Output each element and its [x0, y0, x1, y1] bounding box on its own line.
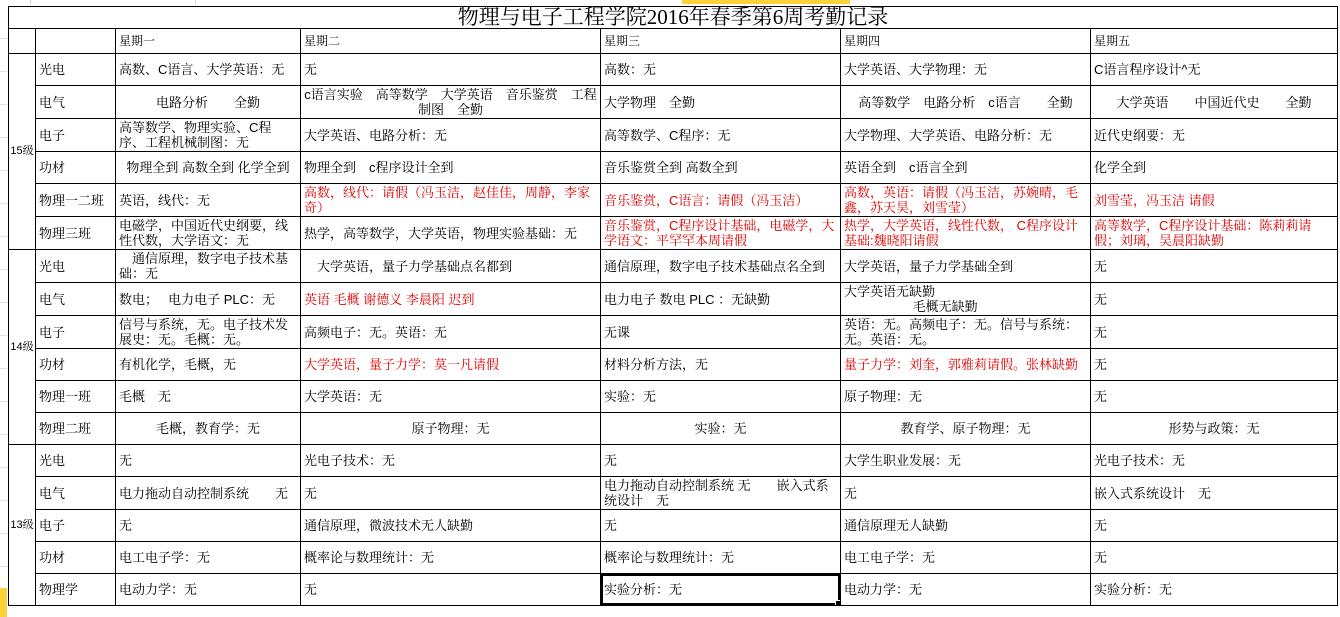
- attendance-cell[interactable]: 高数、C语言、大学英语：无: [116, 54, 301, 86]
- attendance-cell[interactable]: C语言程序设计^无: [1091, 54, 1338, 86]
- class-label[interactable]: 物理一二班: [36, 184, 116, 217]
- class-label[interactable]: 功材: [36, 349, 116, 381]
- attendance-cell[interactable]: 无: [1091, 316, 1338, 349]
- attendance-cell[interactable]: 无: [1091, 283, 1338, 316]
- attendance-cell[interactable]: 音乐鉴赏，C程序设计基础，电磁学，大学语文：平罕罕本周请假: [601, 217, 841, 250]
- attendance-cell[interactable]: 大学生职业发展：无: [841, 445, 1091, 477]
- day-header-4[interactable]: 星期四: [841, 29, 1091, 54]
- attendance-cell[interactable]: 通信原理，数字电子技术基础点名全到: [601, 250, 841, 283]
- attendance-cell[interactable]: 无: [301, 477, 601, 510]
- class-label[interactable]: 光电: [36, 250, 116, 283]
- attendance-cell[interactable]: 无: [1091, 542, 1338, 574]
- grade-label[interactable]: 13级: [9, 445, 36, 606]
- attendance-cell[interactable]: 概率论与数理统计：无: [301, 542, 601, 574]
- attendance-cell[interactable]: 电磁学，中国近代史纲要，线性代数，大学语文：无: [116, 217, 301, 250]
- corner-cell[interactable]: [9, 29, 36, 54]
- gridline: [30, 0, 31, 5]
- table-row: 电气数电； 电力电子 PLC：无英语 毛概 谢德义 李晨阳 迟到电力电子 数电 …: [9, 283, 1338, 316]
- attendance-cell[interactable]: 毛概，教育学：无: [116, 413, 301, 445]
- class-label[interactable]: 物理一班: [36, 381, 116, 413]
- attendance-cell[interactable]: 有机化学，毛概，无: [116, 349, 301, 381]
- attendance-cell[interactable]: 通信原理，数字电子技术基础：无: [116, 250, 301, 283]
- attendance-cell[interactable]: 英语，线代：无: [116, 184, 301, 217]
- attendance-cell[interactable]: 数电； 电力电子 PLC：无: [116, 283, 301, 316]
- attendance-cell[interactable]: 大学英语，量子力学：莫一凡请假: [301, 349, 601, 381]
- class-label[interactable]: 光电: [36, 54, 116, 86]
- attendance-cell[interactable]: 高频电子：无。英语：无: [301, 316, 601, 349]
- attendance-cell[interactable]: 大学英语，量子力学基础点名都到: [301, 250, 601, 283]
- attendance-cell[interactable]: 英语全到 c语言全到: [841, 152, 1091, 184]
- class-label[interactable]: 功材: [36, 152, 116, 184]
- attendance-cell[interactable]: 光电子技术：无: [301, 445, 601, 477]
- corner-cell[interactable]: [36, 29, 116, 54]
- attendance-cell[interactable]: 无: [601, 445, 841, 477]
- day-header-5[interactable]: 星期五: [1091, 29, 1338, 54]
- class-label[interactable]: 物理三班: [36, 217, 116, 250]
- spreadsheet-view: 物理与电子工程学院2016年春季第6周考勤记录 星期一星期二星期三星期四星期五 …: [0, 0, 1340, 617]
- table-row: 电子信号与系统，无。电子技术发展史：无。毛概：无。高频电子：无。英语：无无课英语…: [9, 316, 1338, 349]
- yellow-fill-strip-bottom: [0, 588, 7, 617]
- class-label[interactable]: 物理二班: [36, 413, 116, 445]
- attendance-cell[interactable]: 高等数学，C程序设计基础：陈莉莉请假；刘璃，吴晨阳缺勤: [1091, 217, 1338, 250]
- attendance-cell[interactable]: 高等数学 电路分析 c语言 全勤: [841, 86, 1091, 119]
- title-row: 物理与电子工程学院2016年春季第6周考勤记录: [9, 7, 1338, 29]
- attendance-cell[interactable]: 原子物理：无: [841, 381, 1091, 413]
- attendance-cell[interactable]: 高等数学、物理实验、C程序、工程机械制图：无: [116, 119, 301, 152]
- table-row: 物理学电动力学：无无实验分析：无电动力学：无实验分析：无: [9, 574, 1338, 606]
- attendance-cell[interactable]: 形势与政策：无: [1091, 413, 1338, 445]
- attendance-cell[interactable]: 无: [1091, 510, 1338, 542]
- attendance-cell[interactable]: 高数，英语：请假（冯玉洁，苏婉晴，毛鑫，苏天昊，刘雪莹）: [841, 184, 1091, 217]
- class-label[interactable]: 电气: [36, 477, 116, 510]
- attendance-cell[interactable]: 嵌入式系统设计 无: [1091, 477, 1338, 510]
- yellow-fill-strip-top: [682, 0, 850, 4]
- class-label[interactable]: 电子: [36, 510, 116, 542]
- attendance-cell[interactable]: 音乐鉴赏全到 高数全到: [601, 152, 841, 184]
- attendance-cell[interactable]: 英语 毛概 谢德义 李晨阳 迟到: [301, 283, 601, 316]
- attendance-cell[interactable]: 通信原理，微波技术无人缺勤: [301, 510, 601, 542]
- attendance-cell[interactable]: 近代史纲要：无: [1091, 119, 1338, 152]
- class-label[interactable]: 电气: [36, 86, 116, 119]
- class-label[interactable]: 功材: [36, 542, 116, 574]
- attendance-cell[interactable]: 无: [301, 54, 601, 86]
- attendance-cell[interactable]: 无: [601, 510, 841, 542]
- day-header-row: 星期一星期二星期三星期四星期五: [9, 29, 1338, 54]
- class-label[interactable]: 电子: [36, 316, 116, 349]
- attendance-cell[interactable]: 大学英语 中国近代史 全勤: [1091, 86, 1338, 119]
- selected-cell[interactable]: 实验分析：无: [601, 574, 841, 606]
- attendance-cell[interactable]: 量子力学：刘奎，郭雅莉请假。张林缺勤: [841, 349, 1091, 381]
- table-row: 15级光电高数、C语言、大学英语：无无高数：无大学英语、大学物理：无C语言程序设…: [9, 54, 1338, 86]
- attendance-cell[interactable]: 电力拖动自动控制系统 无: [116, 477, 301, 510]
- attendance-cell[interactable]: 无: [1091, 349, 1338, 381]
- attendance-cell[interactable]: 电动力学：无: [116, 574, 301, 606]
- attendance-cell[interactable]: 电动力学：无: [841, 574, 1091, 606]
- attendance-cell[interactable]: 热学，大学英语，线性代数， C程序设计基础:魏晓阳请假: [841, 217, 1091, 250]
- class-label[interactable]: 电气: [36, 283, 116, 316]
- table-row: 物理二班毛概，教育学：无原子物理：无实验：无教育学、原子物理：无形势与政策：无: [9, 413, 1338, 445]
- table-row: 电气电路分析 全勤c语言实验 高等数学 大学英语 音乐鉴赏 工程制图 全勤大学物…: [9, 86, 1338, 119]
- day-header-3[interactable]: 星期三: [601, 29, 841, 54]
- attendance-cell[interactable]: 材料分析方法，无: [601, 349, 841, 381]
- class-label[interactable]: 物理学: [36, 574, 116, 606]
- attendance-cell[interactable]: 电路分析 全勤: [116, 86, 301, 119]
- attendance-cell[interactable]: 信号与系统，无。电子技术发展史：无。毛概：无。: [116, 316, 301, 349]
- attendance-cell[interactable]: 电工电子学：无: [841, 542, 1091, 574]
- attendance-cell[interactable]: 无: [301, 574, 601, 606]
- attendance-cell[interactable]: 毛概 无: [116, 381, 301, 413]
- attendance-table: 物理与电子工程学院2016年春季第6周考勤记录 星期一星期二星期三星期四星期五 …: [8, 6, 1338, 606]
- attendance-cell[interactable]: 无课: [601, 316, 841, 349]
- attendance-cell[interactable]: 物理全到 高数全到 化学全到: [116, 152, 301, 184]
- attendance-cell[interactable]: 无: [841, 477, 1091, 510]
- attendance-cell[interactable]: 大学英语、大学物理：无: [841, 54, 1091, 86]
- attendance-cell[interactable]: 电力电子 数电 PLC ：无缺勤: [601, 283, 841, 316]
- attendance-cell[interactable]: 音乐鉴赏，C语言：请假（冯玉洁）: [601, 184, 841, 217]
- attendance-cell[interactable]: 电力拖动自动控制系统 无 嵌入式系统设计 无: [601, 477, 841, 510]
- table-row: 电子高等数学、物理实验、C程序、工程机械制图：无大学英语、电路分析：无高等数学、…: [9, 119, 1338, 152]
- attendance-cell[interactable]: 无: [1091, 250, 1338, 283]
- gridline: [195, 0, 196, 5]
- table-row: 物理一班毛概 无大学英语：无实验：无原子物理：无无: [9, 381, 1338, 413]
- attendance-cell[interactable]: 实验分析：无: [1091, 574, 1338, 606]
- attendance-cell[interactable]: 大学物理、大学英语、电路分析：无: [841, 119, 1091, 152]
- attendance-cell[interactable]: 高数：无: [601, 54, 841, 86]
- attendance-cell[interactable]: 实验：无: [601, 413, 841, 445]
- attendance-cell[interactable]: c语言实验 高等数学 大学英语 音乐鉴赏 工程制图 全勤: [301, 86, 601, 119]
- attendance-cell[interactable]: 大学物理 全勤: [601, 86, 841, 119]
- attendance-cell[interactable]: 刘雪莹，冯玉洁 请假: [1091, 184, 1338, 217]
- attendance-cell[interactable]: 热学，高等数学，大学英语，物理实验基础：无: [301, 217, 601, 250]
- attendance-cell[interactable]: 大学英语、电路分析：无: [301, 119, 601, 152]
- class-label[interactable]: 光电: [36, 445, 116, 477]
- table-row: 功材电工电子学：无概率论与数理统计：无概率论与数理统计：无电工电子学：无无: [9, 542, 1338, 574]
- class-label[interactable]: 电子: [36, 119, 116, 152]
- grade-label[interactable]: 14级: [9, 250, 36, 445]
- attendance-cell[interactable]: 大学英语无缺勤 毛概无缺勤: [841, 283, 1091, 316]
- sheet-margin-left: [0, 6, 7, 617]
- page-title[interactable]: 物理与电子工程学院2016年春季第6周考勤记录: [9, 7, 1338, 29]
- attendance-cell[interactable]: 原子物理：无: [301, 413, 601, 445]
- attendance-cell[interactable]: 无: [116, 510, 301, 542]
- attendance-cell[interactable]: 电工电子学：无: [116, 542, 301, 574]
- table-row: 物理三班电磁学，中国近代史纲要，线性代数，大学语文：无热学，高等数学，大学英语，…: [9, 217, 1338, 250]
- attendance-cell[interactable]: 教育学、原子物理：无: [841, 413, 1091, 445]
- attendance-cell[interactable]: 高等数学、C程序：无: [601, 119, 841, 152]
- table-row: 电子无通信原理，微波技术无人缺勤无通信原理无人缺勤无: [9, 510, 1338, 542]
- table-row: 功材有机化学，毛概，无大学英语，量子力学：莫一凡请假材料分析方法，无量子力学：刘…: [9, 349, 1338, 381]
- day-header-1[interactable]: 星期一: [116, 29, 301, 54]
- table-row: 13级光电无光电子技术：无无大学生职业发展：无光电子技术：无: [9, 445, 1338, 477]
- attendance-cell[interactable]: 大学英语，量子力学基础全到: [841, 250, 1091, 283]
- table-row: 14级光电 通信原理，数字电子技术基础：无 大学英语，量子力学基础点名都到通信原…: [9, 250, 1338, 283]
- table-row: 物理一二班英语，线代：无高数，线代：请假（冯玉洁，赵佳佳，周静，李家奇）音乐鉴赏…: [9, 184, 1338, 217]
- attendance-cell[interactable]: 物理全到 c程序设计全到: [301, 152, 601, 184]
- attendance-cell[interactable]: 英语：无。高频电子：无。信号与系统：无。英语：无。: [841, 316, 1091, 349]
- attendance-cell[interactable]: 概率论与数理统计：无: [601, 542, 841, 574]
- attendance-cell[interactable]: 实验：无: [601, 381, 841, 413]
- attendance-cell[interactable]: 光电子技术：无: [1091, 445, 1338, 477]
- attendance-cell[interactable]: 无: [1091, 381, 1338, 413]
- attendance-cell[interactable]: 高数，线代：请假（冯玉洁，赵佳佳，周静，李家奇）: [301, 184, 601, 217]
- attendance-cell[interactable]: 无: [116, 445, 301, 477]
- table-row: 电气电力拖动自动控制系统 无无电力拖动自动控制系统 无 嵌入式系统设计 无无嵌入…: [9, 477, 1338, 510]
- grade-label[interactable]: 15级: [9, 54, 36, 250]
- attendance-cell[interactable]: 化学全到: [1091, 152, 1338, 184]
- day-header-2[interactable]: 星期二: [301, 29, 601, 54]
- attendance-cell[interactable]: 大学英语：无: [301, 381, 601, 413]
- attendance-cell[interactable]: 通信原理无人缺勤: [841, 510, 1091, 542]
- table-row: 功材物理全到 高数全到 化学全到物理全到 c程序设计全到音乐鉴赏全到 高数全到英…: [9, 152, 1338, 184]
